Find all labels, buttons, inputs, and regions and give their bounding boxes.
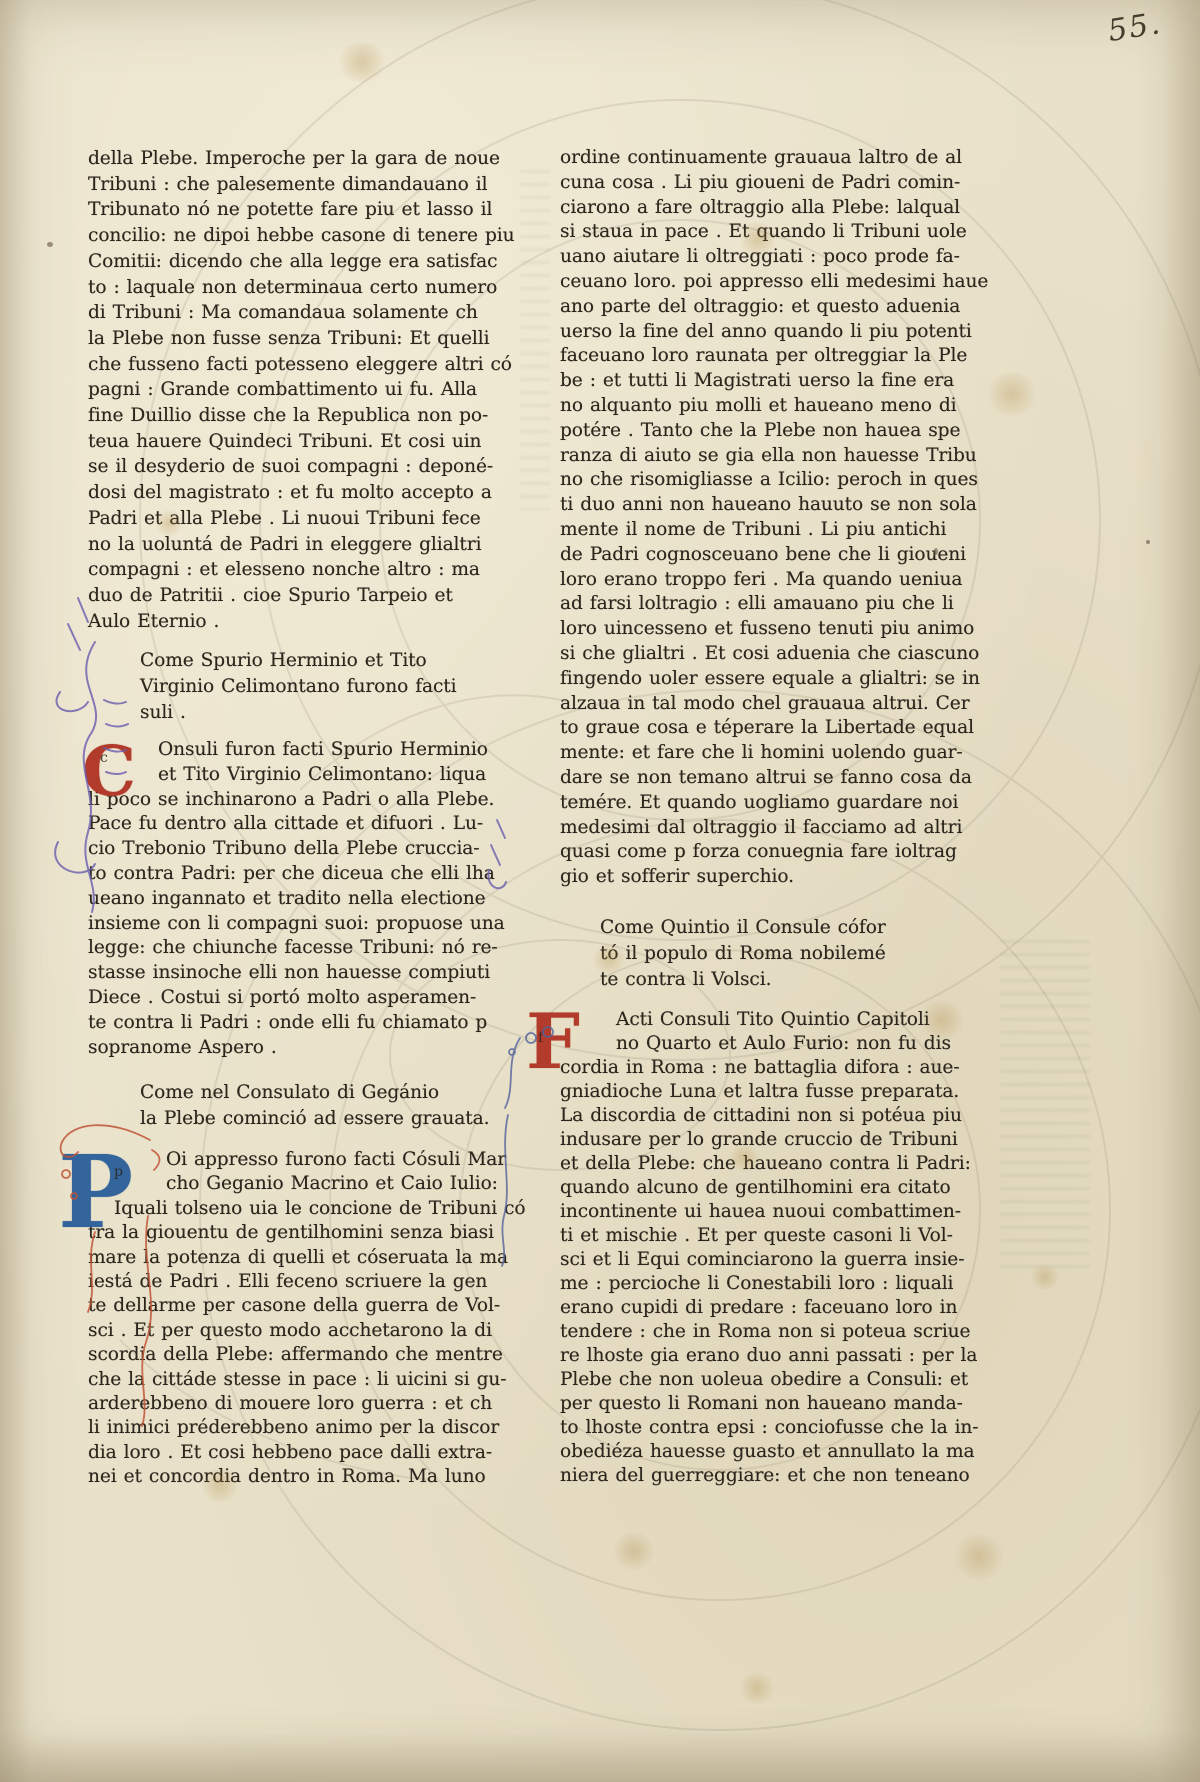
text-line: li poco se inchinarono a Padri o alla Pl…: [88, 788, 512, 813]
text-line: dia loro . Et cosi hebbeno pace dalli ex…: [88, 1441, 512, 1465]
text-line: cuna cosa . Li piu gioueni de Padri comi…: [560, 171, 996, 196]
text-line: Iquali tolseno uia le concione de Tribun…: [114, 1197, 512, 1221]
text-line: Tribuni : che palesemente dimandauano il: [88, 172, 512, 198]
text-line: Acti Consuli Tito Quintio Capitoli: [616, 1008, 996, 1032]
verso-show-through: [1000, 940, 1090, 1270]
text-line: per questo li Romani non haueano manda-: [560, 1392, 996, 1416]
verso-show-through: [520, 170, 550, 510]
text-line: se il desyderio de suoi compagni : depon…: [88, 454, 512, 480]
text-line: teua hauere Quindeci Tribuni. Et cosi ui…: [88, 429, 512, 455]
text-line: La discordia de cittadini non si potéua …: [560, 1104, 996, 1128]
text-line: me : percioche li Conestabili loro : liq…: [560, 1272, 996, 1296]
paragraph-with-illuminated-initial: PpOi appresso furono facti Cósuli Marcho…: [88, 1148, 512, 1490]
text-line: Come Spurio Herminio et Tito: [140, 648, 512, 674]
text-line: Tribunato nó ne potette fare piu et lass…: [88, 197, 512, 223]
text-line: no alquanto piu molli et haueano meno di: [560, 394, 996, 419]
text-line: cio Trebonio Tribuno della Plebe cruccia…: [88, 837, 512, 862]
text-line: Oi appresso furono facti Cósuli Mar: [166, 1148, 512, 1172]
text-line: la Plebe cominció ad essere grauata.: [140, 1106, 512, 1132]
text-line: et Tito Virginio Celimontano: liqua: [158, 763, 512, 788]
text-line: sopranome Aspero .: [88, 1036, 512, 1061]
text-line: di Tribuni : Ma comandaua solamente ch: [88, 300, 512, 326]
ink-speck: [1146, 540, 1150, 544]
text-line: la Plebe non fusse senza Tribuni: Et que…: [88, 326, 512, 352]
text-line: faceuano loro raunata per oltreggiar la …: [560, 344, 996, 369]
text-line: della Plebe. Imperoche per la gara de no…: [88, 146, 512, 172]
text-line: li inimici préderebbeno animo per la dis…: [88, 1416, 512, 1440]
text-line: niera del guerreggiare: et che non tenea…: [560, 1464, 996, 1488]
text-line: Comitii: dicendo che alla legge era sati…: [88, 249, 512, 275]
text-line: ti duo anni non haueano hauuto se non so…: [560, 493, 996, 518]
text-line: pagni : Grande combattimento ui fu. Alla: [88, 377, 512, 403]
incunable-book-page: 55. della Plebe. Imperoche per la gara d…: [0, 0, 1200, 1782]
text-line: Come nel Consulato di Gegánio: [140, 1080, 512, 1106]
text-line: tó il populo di Roma nobilemé: [600, 941, 996, 967]
text-line: sci . Et per questo modo acchetarono la …: [88, 1319, 512, 1343]
text-line: ueano ingannato et tradito nella electio…: [88, 887, 512, 912]
paragraph-with-illuminated-initial: CcOnsuli furon facti Spurio Herminioet T…: [88, 738, 512, 1060]
text-line: iestá de Padri . Elli feceno scriuere la…: [88, 1270, 512, 1294]
text-line: fingendo uoler essere equale a glialtri:…: [560, 667, 996, 692]
text-line: ordine continuamente grauaua laltro de a…: [560, 146, 996, 171]
text-line: Virginio Celimontano furono facti: [140, 674, 512, 700]
text-line: temére. Et quando uogliamo guardare noi: [560, 791, 996, 816]
text-line: mente: et fare che li homini uolendo gua…: [560, 741, 996, 766]
text-line: Aulo Eternio .: [88, 609, 512, 635]
paragraph-with-illuminated-initial: FfActi Consuli Tito Quintio Capitolino Q…: [560, 1008, 996, 1488]
text-line: gio et sofferir superchio.: [560, 865, 996, 890]
text-line: ad farsi loltragio : elli amauano piu ch…: [560, 592, 996, 617]
text-line: incontinente ui hauea nuoui combattimen-: [560, 1200, 996, 1224]
text-line: scordia della Plebe: affermando che ment…: [88, 1343, 512, 1367]
text-line: et della Plebe: che haueano contra li Pa…: [560, 1152, 996, 1176]
text-line: quando alcuno de gentilhomini era citato: [560, 1176, 996, 1200]
text-line: si che glialtri . Et cosi aduenia che ci…: [560, 642, 996, 667]
text-line: quasi come p forza conuegnia fare ioltra…: [560, 840, 996, 865]
text-line: tra la giouentu de gentilhomini senza bi…: [88, 1221, 512, 1245]
text-line: te dellarme per casone della guerra de V…: [88, 1294, 512, 1318]
text-line: concilio: ne dipoi hebbe casone di tener…: [88, 223, 512, 249]
text-line: erano cupidi di predare : faceuano loro …: [560, 1296, 996, 1320]
text-line: cho Geganio Macrino et Caio Iulio:: [166, 1172, 512, 1196]
text-line: Come Quintio il Consule cófor: [600, 915, 996, 941]
text-line: ti et mischie . Et per queste casoni li …: [560, 1224, 996, 1248]
text-column-right: ordine continuamente grauaua laltro de a…: [560, 0, 996, 1782]
text-line: re lhoste gia erano duo anni passati : p…: [560, 1344, 996, 1368]
text-line: ceuano loro. poi appresso elli medesimi …: [560, 270, 996, 295]
text-line: che fusseno facti potesseno eleggere alt…: [88, 352, 512, 378]
text-line: to : laquale non determinaua certo numer…: [88, 275, 512, 301]
text-line: fine Duillio disse che la Republica non …: [88, 403, 512, 429]
text-line: to lhoste contra epsi : conciofusse che …: [560, 1416, 996, 1440]
text-line: ciarono a fare oltraggio alla Plebe: lal…: [560, 196, 996, 221]
text-line: legge: che chiunche facesse Tribuni: nó …: [88, 936, 512, 961]
text-line: duo de Patritii . cioe Spurio Tarpeio et: [88, 583, 512, 609]
text-line: uano aiutare li oltreggiati : poco prode…: [560, 245, 996, 270]
text-line: indusare per lo grande cruccio de Tribun…: [560, 1128, 996, 1152]
guide-letter: c: [100, 750, 108, 766]
text-block: della Plebe. Imperoche per la gara de no…: [88, 146, 512, 634]
text-block: ordine continuamente grauaua laltro de a…: [560, 146, 996, 890]
text-line: Pace fu dentro alla cittade et difuori .…: [88, 812, 512, 837]
text-line: no la uoluntá de Padri in eleggere glial…: [88, 532, 512, 558]
text-line: si staua in pace . Et quando li Tribuni …: [560, 220, 996, 245]
text-line: Diece . Costui si portó molto asperamen-: [88, 986, 512, 1011]
text-line: loro uincesseno et fusseno tenuti piu an…: [560, 617, 996, 642]
text-line: medesimi dal oltraggio il facciamo ad al…: [560, 816, 996, 841]
foxing-stain: [1030, 1264, 1060, 1290]
text-line: nei et concordia dentro in Roma. Ma luno: [88, 1465, 512, 1489]
text-line: cordia in Roma : ne battaglia difora : a…: [560, 1056, 996, 1080]
text-line: alzaua in tal modo chel grauaua altrui. …: [560, 692, 996, 717]
text-line: no che risomigliasse a Icilio: peroch in…: [560, 468, 996, 493]
text-line: ranza di aiuto se gia ella non hauesse T…: [560, 444, 996, 469]
text-line: Plebe che non uoleua obedire a Consuli: …: [560, 1368, 996, 1392]
text-line: to contra Padri: per che diceua che elli…: [88, 862, 512, 887]
text-line: potére . Tanto che la Plebe non hauea sp…: [560, 419, 996, 444]
text-line: compagni : et elesseno nonche altro : ma: [88, 557, 512, 583]
text-line: te contra li Volsci.: [600, 967, 996, 993]
text-line: gniadioche Luna et laltra fusse preparat…: [560, 1080, 996, 1104]
text-line: insieme con li compagni suoi: propuose u…: [88, 912, 512, 937]
text-line: to graue cosa e téperare la Libertade eq…: [560, 716, 996, 741]
text-line: no Quarto et Aulo Furio: non fu dis: [616, 1032, 996, 1056]
guide-letter: p: [114, 1164, 123, 1180]
text-line: obediéza hauesse guasto et annullato la …: [560, 1440, 996, 1464]
text-line: suli .: [140, 700, 512, 726]
text-line: che la cittáde stesse in pace : li uicin…: [88, 1368, 512, 1392]
text-line: dosi del magistrato : et fu molto accept…: [88, 480, 512, 506]
ink-speck: [47, 242, 53, 247]
chapter-heading: Come Spurio Herminio et TitoVirginio Cel…: [88, 648, 512, 726]
text-line: mare la potenza di quelli et cóseruata l…: [88, 1246, 512, 1270]
chapter-heading: Come nel Consulato di Gegániola Plebe co…: [88, 1080, 512, 1132]
text-line: stasse insinoche elli non hauesse compiu…: [88, 961, 512, 986]
guide-letter: f: [538, 1030, 543, 1046]
text-line: Padri et alla Plebe . Li nuoui Tribuni f…: [88, 506, 512, 532]
folio-number: 55.: [1106, 6, 1165, 49]
text-line: Onsuli furon facti Spurio Herminio: [158, 738, 512, 763]
text-line: be : et tutti li Magistrati uerso la fin…: [560, 369, 996, 394]
text-line: tendere : che in Roma non si poteua scri…: [560, 1320, 996, 1344]
text-line: mente il nome de Tribuni . Li piu antich…: [560, 518, 996, 543]
text-line: uerso la fine del anno quando li piu pot…: [560, 320, 996, 345]
text-line: dare se non temano altrui se fanno cosa …: [560, 766, 996, 791]
chapter-heading: Come Quintio il Consule cófortó il popul…: [560, 915, 996, 993]
text-line: ano parte del oltraggio: et questo aduen…: [560, 295, 996, 320]
text-line: te contra li Padri : onde elli fu chiama…: [88, 1011, 512, 1036]
text-line: sci et li Equi cominciarono la guerra in…: [560, 1248, 996, 1272]
text-line: arderebbeno di mouere loro guerra : et c…: [88, 1392, 512, 1416]
text-line: de Padri cognosceuano bene che li giouen…: [560, 543, 996, 568]
text-column-left: della Plebe. Imperoche per la gara de no…: [88, 0, 512, 1782]
text-line: loro erano troppo feri . Ma quando ueniu…: [560, 568, 996, 593]
